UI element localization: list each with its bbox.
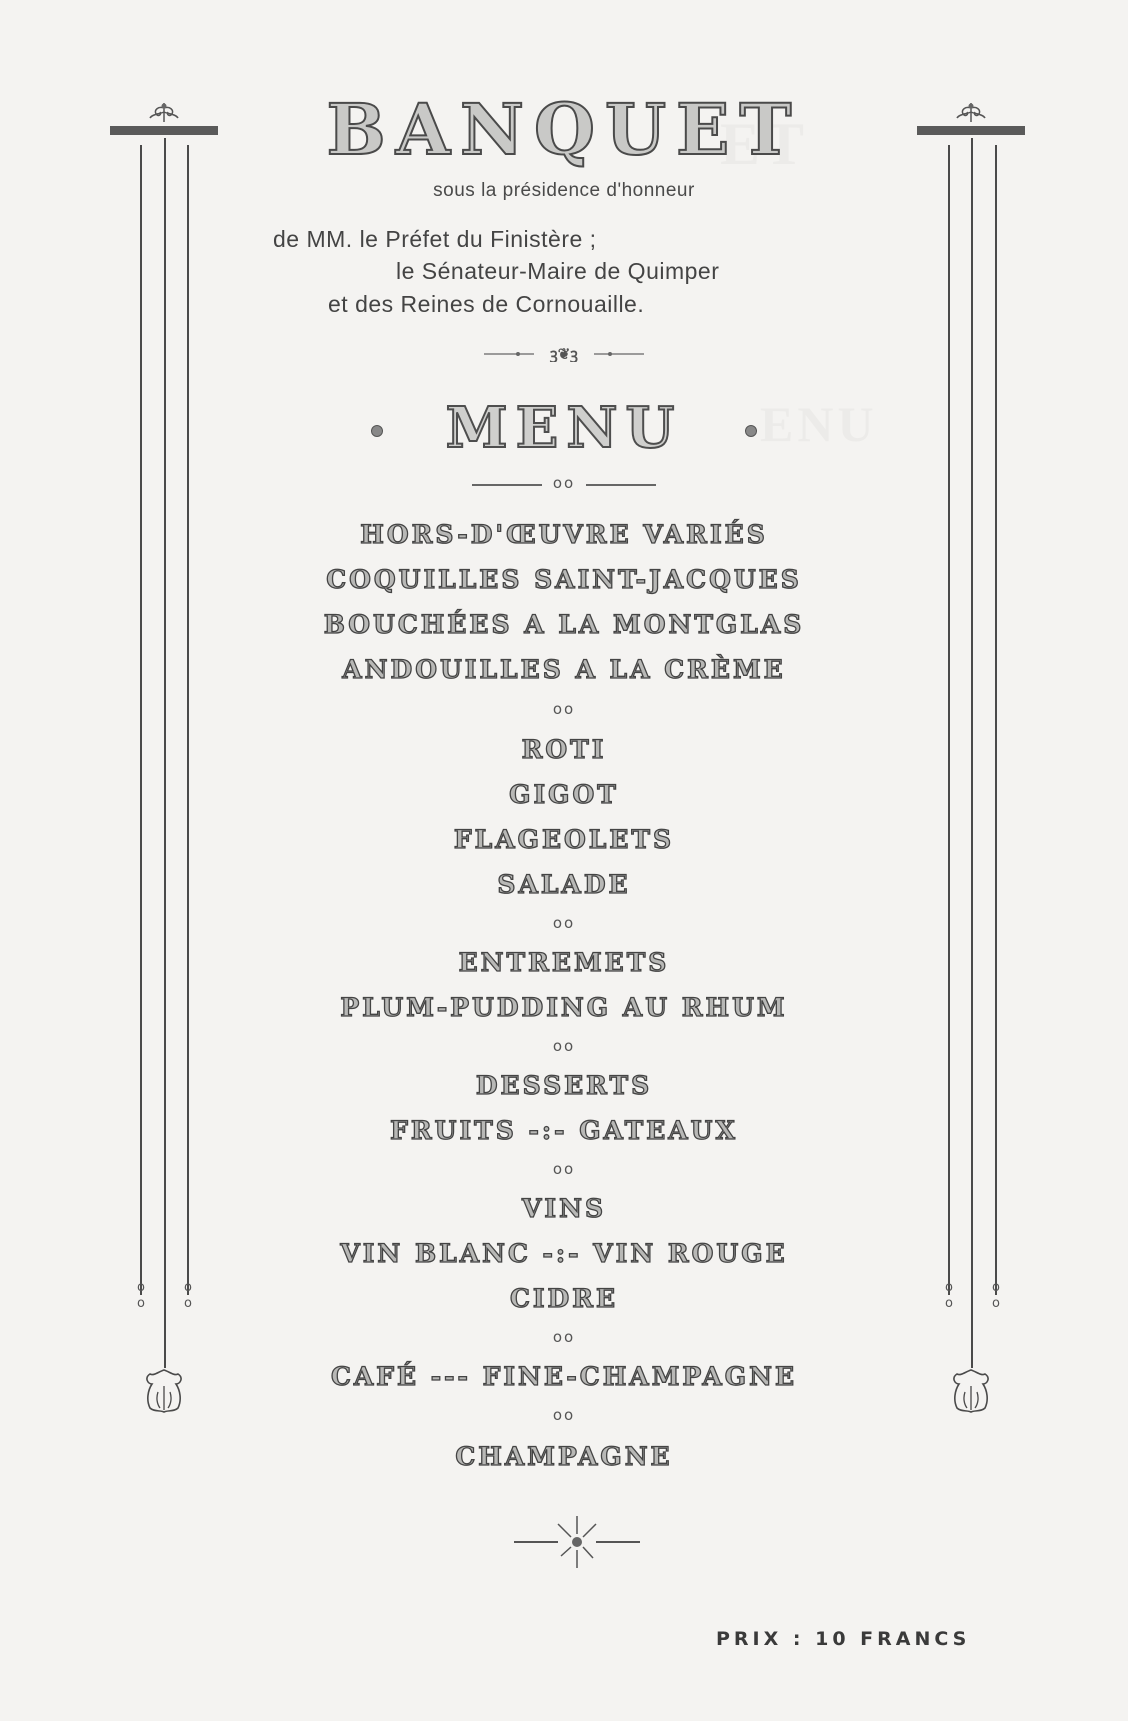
menu-item: ROTI xyxy=(0,735,1128,764)
menu-item: GIGOT xyxy=(0,780,1128,809)
menu-card: ET ENU oo oo oo oo B xyxy=(0,0,1128,1721)
presidency-line: et des Reines de Cornouaille. xyxy=(328,291,644,318)
menu-title: MENU xyxy=(0,395,1128,461)
menu-item: COQUILLES SAINT-JACQUES xyxy=(0,565,1128,594)
menu-item: VIN BLANC -:- VIN ROUGE xyxy=(0,1239,1128,1268)
price-label: PRIX : 10 FRANCS xyxy=(716,1628,970,1650)
double-ring-separator: oo xyxy=(0,1037,1128,1055)
menu-item: SALADE xyxy=(0,870,1128,899)
menu-item: DESSERTS xyxy=(0,1071,1128,1100)
menu-item: PLUM-PUDDING AU RHUM xyxy=(0,993,1128,1022)
double-ring-separator: oo xyxy=(0,700,1128,718)
menu-item: VINS xyxy=(0,1194,1128,1223)
menu-item: FLAGEOLETS xyxy=(0,825,1128,854)
presidency-subtitle: sous la présidence d'honneur xyxy=(0,180,1128,202)
menu-item: CAFÉ --- FINE-CHAMPAGNE xyxy=(0,1362,1128,1391)
flourish-divider-icon: ꝫ❦ꝫ xyxy=(484,346,644,362)
menu-item: FRUITS -:- GATEAUX xyxy=(0,1116,1128,1145)
menu-item: HORS-D'ŒUVRE VARIÉS xyxy=(0,520,1128,549)
svg-text:ꝫ❦ꝫ: ꝫ❦ꝫ xyxy=(549,346,578,362)
menu-item: ENTREMETS xyxy=(0,948,1128,977)
divider-line xyxy=(586,484,656,486)
banquet-title: BANQUET xyxy=(0,88,1128,171)
menu-item: CIDRE xyxy=(0,1284,1128,1313)
presidency-line: le Sénateur-Maire de Quimper xyxy=(396,258,719,285)
double-ring-separator: oo xyxy=(0,1328,1128,1346)
double-ring-separator: oo xyxy=(0,474,1128,492)
double-ring-separator: oo xyxy=(0,1406,1128,1424)
double-ring-separator: oo xyxy=(0,914,1128,932)
menu-item: CHAMPAGNE xyxy=(0,1442,1128,1471)
starburst-ornament-icon xyxy=(514,1512,640,1572)
double-ring-separator: oo xyxy=(0,1160,1128,1178)
menu-item: ANDOUILLES A LA CRÈME xyxy=(0,655,1128,684)
bullet-dot-icon xyxy=(745,425,757,437)
presidency-line: de MM. le Préfet du Finistère ; xyxy=(273,226,597,253)
menu-item: BOUCHÉES A LA MONTGLAS xyxy=(0,610,1128,639)
